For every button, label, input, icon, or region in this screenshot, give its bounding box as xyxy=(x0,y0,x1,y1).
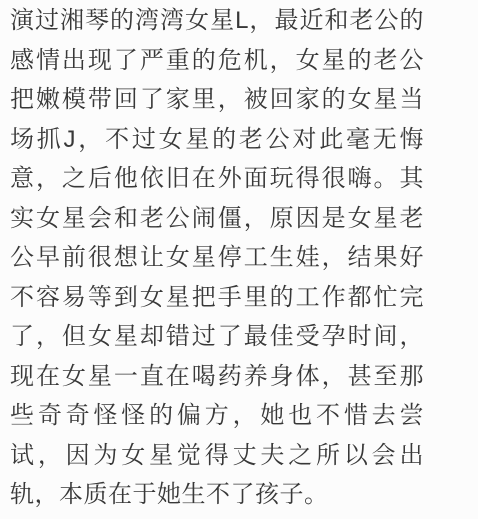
text-line: 感情出现了严重的危机，女星的老公 xyxy=(10,41,424,81)
text-line: 公早前很想让女星停工生娃，结果好 xyxy=(10,238,424,278)
text-line: 不容易等到女星把手里的工作都忙完 xyxy=(10,278,424,318)
text-line: 轨，本质在于她生不了孩子。 xyxy=(10,475,424,515)
screenshot-page: 演过湘琴的湾湾女星L，最近和老公的 感情出现了严重的危机，女星的老公 把嫩模带回… xyxy=(0,0,478,515)
text-line: 把嫩模带回了家里，被回家的女星当 xyxy=(10,80,424,120)
text-line: 场抓J，不过女星的老公对此毫无悔 xyxy=(10,120,424,160)
text-line: 些奇奇怪怪的偏方，她也不惜去尝 xyxy=(10,396,424,436)
text-line: 了，但女星却错过了最佳受孕时间， xyxy=(10,317,424,357)
text-line: 试，因为女星觉得丈夫之所以会出 xyxy=(10,436,424,476)
text-line: 演过湘琴的湾湾女星L，最近和老公的 xyxy=(10,1,424,41)
text-line: 现在女星一直在喝药养身体，甚至那 xyxy=(10,357,424,397)
gossip-article-text: 演过湘琴的湾湾女星L，最近和老公的 感情出现了严重的危机，女星的老公 把嫩模带回… xyxy=(0,0,477,515)
text-line: 意，之后他依旧在外面玩得很嗨。其 xyxy=(10,159,424,199)
text-line: 实女星会和老公闹僵，原因是女星老 xyxy=(10,199,424,239)
